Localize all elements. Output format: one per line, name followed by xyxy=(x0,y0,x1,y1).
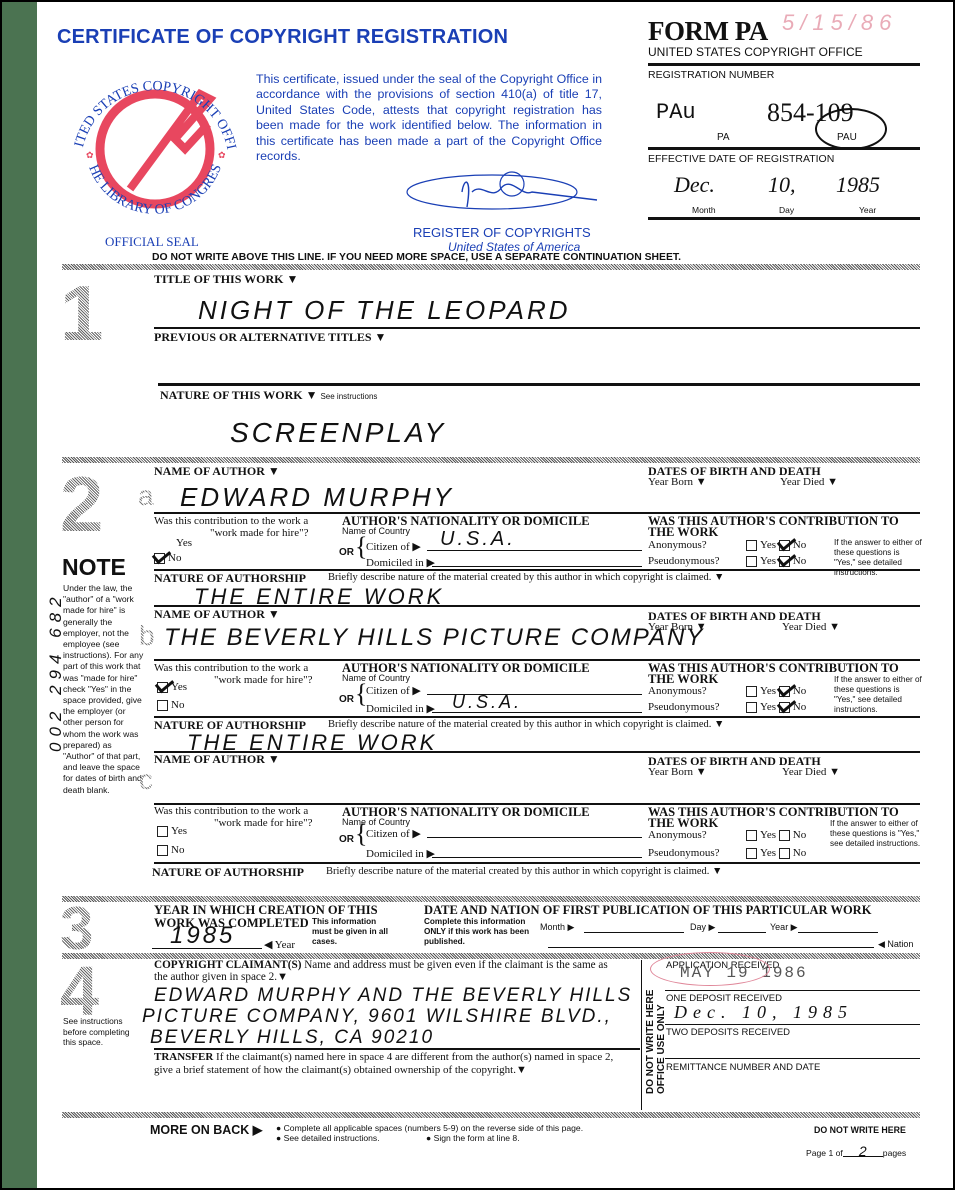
remittance-label: REMITTANCE NUMBER AND DATE xyxy=(666,1062,820,1073)
page-count: Page 1 of2pages xyxy=(806,1146,906,1158)
author-c-nature-of-authorship[interactable] xyxy=(154,880,920,894)
name-of-author-label: NAME OF AUTHOR ▼ xyxy=(154,607,280,622)
nature-of-authorship-label: NATURE OF AUTHORSHIP xyxy=(152,865,304,880)
nature-of-authorship-hint: Briefly describe nature of the material … xyxy=(328,572,724,583)
section-divider xyxy=(62,457,920,463)
contribution-title-2: THE WORK xyxy=(648,525,718,540)
day-label: Day ▶ xyxy=(690,922,715,933)
form-office: UNITED STATES COPYRIGHT OFFICE xyxy=(648,45,863,59)
effective-date-label: EFFECTIVE DATE OF REGISTRATION xyxy=(648,153,834,165)
year-completed-note: This information must be given in all ca… xyxy=(312,917,390,947)
author-b-pseudonymous[interactable]: Yes No xyxy=(746,701,806,713)
author-a-hire-no[interactable]: No xyxy=(154,552,181,564)
section-divider xyxy=(62,896,920,902)
name-of-author-label: NAME OF AUTHOR ▼ xyxy=(154,752,280,767)
year-caption: Year xyxy=(859,205,876,215)
svg-text:✿: ✿ xyxy=(218,150,226,160)
section-number-2: 2 xyxy=(60,465,103,543)
red-circle-mark xyxy=(650,952,770,986)
field-rule xyxy=(154,1048,640,1050)
author-a-hire-yes[interactable]: Yes xyxy=(176,537,192,549)
publication-year-field[interactable] xyxy=(798,932,878,933)
or-label: OR xyxy=(339,694,354,705)
answer-note: If the answer to either of these questio… xyxy=(834,675,922,715)
register-of-copyrights-label: REGISTER OF COPYRIGHTS xyxy=(413,225,591,240)
section-number-3: 3 xyxy=(60,899,93,959)
domiciled-in-label: Domiciled in ▶ xyxy=(366,847,435,860)
work-for-hire-question-2: "work made for hire"? xyxy=(210,527,308,539)
publication-note: Complete this information ONLY if this w… xyxy=(424,917,542,947)
author-b-hire-no[interactable]: No xyxy=(157,699,184,711)
transfer-label: TRANSFER If the claimant(s) named here i… xyxy=(154,1051,624,1077)
anonymous-label: Anonymous? xyxy=(648,685,707,697)
work-for-hire-question-2: "work made for hire"? xyxy=(214,674,312,686)
checkbox-icon[interactable] xyxy=(746,540,757,551)
previous-titles-field[interactable] xyxy=(154,347,920,377)
checkbox-icon[interactable] xyxy=(746,848,757,859)
effective-month: Dec. xyxy=(674,172,715,198)
name-of-country-label: Name of Country xyxy=(342,817,410,827)
year-born-label: Year Born ▼ xyxy=(648,766,707,778)
previous-titles-label: PREVIOUS OR ALTERNATIVE TITLES ▼ xyxy=(154,330,386,345)
author-a-anonymous[interactable]: Yes No xyxy=(746,539,806,551)
section-divider xyxy=(62,264,920,270)
svg-text:✿: ✿ xyxy=(86,150,94,160)
author-letter-a: a xyxy=(138,480,154,512)
pa-label: PA xyxy=(717,132,730,143)
field-line xyxy=(427,837,642,838)
field-rule xyxy=(158,383,920,386)
do-not-write-here-label: DO NOT WRITE HERE xyxy=(814,1125,906,1135)
claimant-label: COPYRIGHT CLAIMANT(S) Name and address m… xyxy=(154,959,609,983)
checkbox-icon[interactable] xyxy=(746,686,757,697)
form-box-rule xyxy=(648,217,920,220)
anonymous-label: Anonymous? xyxy=(648,539,707,551)
citizen-of-label: Citizen of ▶ xyxy=(366,540,421,553)
claimant-line-2[interactable]: PICTURE COMPANY, 9601 WILSHIRE BLVD., xyxy=(142,1006,612,1028)
checkbox-checked-icon[interactable] xyxy=(779,702,790,713)
pseudonymous-label: Pseudonymous? xyxy=(648,555,720,567)
red-date-annotation: 5/15/86 xyxy=(782,10,897,36)
year-died-label: Year Died ▼ xyxy=(782,766,840,778)
section-divider xyxy=(62,1112,920,1118)
year-suffix-label: ◀ Year xyxy=(264,938,295,951)
name-of-country-label: Name of Country xyxy=(342,673,410,683)
author-c-name[interactable] xyxy=(162,768,632,794)
answer-note: If the answer to either of these questio… xyxy=(830,819,922,849)
work-for-hire-question-2: "work made for hire"? xyxy=(214,817,312,829)
domiciled-in-label: Domiciled in ▶ xyxy=(366,702,435,715)
effective-day: 10, xyxy=(768,172,796,198)
checkbox-icon[interactable] xyxy=(746,702,757,713)
footer-bullet-2: ● See detailed instructions. xyxy=(276,1133,380,1143)
checkbox-icon[interactable] xyxy=(157,845,168,856)
author-c-hire-no[interactable]: No xyxy=(157,844,184,856)
month-caption: Month xyxy=(692,205,716,215)
see-instructions-note: See instructions before completing this … xyxy=(63,1016,143,1048)
publication-day-field[interactable] xyxy=(718,932,766,933)
field-line xyxy=(152,948,262,949)
author-letter-c: c xyxy=(139,764,153,796)
effective-year: 1985 xyxy=(836,172,880,198)
field-line xyxy=(432,566,642,567)
day-caption: Day xyxy=(779,205,794,215)
name-of-author-label: NAME OF AUTHOR ▼ xyxy=(154,464,280,479)
publication-nation-field[interactable] xyxy=(548,947,874,948)
more-on-back-label: MORE ON BACK ▶ xyxy=(150,1122,262,1137)
registration-number-label: REGISTRATION NUMBER xyxy=(648,69,774,81)
checkbox-icon[interactable] xyxy=(746,556,757,567)
work-for-hire-question: Was this contribution to the work a xyxy=(154,805,308,817)
answer-note: If the answer to either of these questio… xyxy=(834,538,922,578)
checkbox-icon[interactable] xyxy=(746,830,757,841)
checkbox-icon[interactable] xyxy=(779,830,790,841)
citizen-of-label: Citizen of ▶ xyxy=(366,827,421,840)
note-title: NOTE xyxy=(62,554,126,581)
nature-of-authorship-hint: Briefly describe nature of the material … xyxy=(326,866,722,877)
checkbox-checked-icon[interactable] xyxy=(157,682,168,693)
certificate-title: CERTIFICATE OF COPYRIGHT REGISTRATION xyxy=(57,26,508,49)
office-use-divider xyxy=(641,960,642,1110)
author-b-hire-yes[interactable]: Yes xyxy=(157,681,187,693)
author-c-hire-yes[interactable]: Yes xyxy=(157,825,187,837)
office-field-line xyxy=(665,1058,920,1059)
one-deposit-value: Dec. 10, 1985 xyxy=(674,1002,853,1023)
year-died-label: Year Died ▼ xyxy=(782,621,840,633)
checkbox-checked-icon[interactable] xyxy=(779,556,790,567)
pseudonymous-label: Pseudonymous? xyxy=(648,701,720,713)
title-of-work-label: TITLE OF THIS WORK ▼ xyxy=(154,272,298,287)
field-rule xyxy=(154,327,920,329)
checkbox-icon[interactable] xyxy=(157,826,168,837)
author-b-anonymous[interactable]: Yes No xyxy=(746,685,806,697)
nature-of-work-value[interactable]: SCREENPLAY xyxy=(230,417,446,449)
year2-label: Year ▶ xyxy=(770,922,798,933)
checkbox-icon[interactable] xyxy=(779,848,790,859)
year-died-label: Year Died ▼ xyxy=(780,476,838,488)
official-seal-caption: OFFICIAL SEAL xyxy=(105,234,199,250)
author-c-pseudonymous[interactable]: Yes No xyxy=(746,847,806,859)
domiciled-in-label: Domiciled in ▶ xyxy=(366,556,435,569)
copyright-certificate: CERTIFICATE OF COPYRIGHT REGISTRATION UN… xyxy=(2,2,953,1188)
author-c-anonymous[interactable]: Yes No xyxy=(746,829,806,841)
form-box-rule xyxy=(648,147,920,150)
official-seal-icon: UNITED STATES COPYRIGHT OFFICE THE LIBRA… xyxy=(60,54,250,234)
form-name: FORM PA xyxy=(648,16,768,47)
name-of-country-label: Name of Country xyxy=(342,526,410,536)
nature-of-work-label: NATURE OF THIS WORK ▼ See instructions xyxy=(160,388,377,403)
page-total-value[interactable]: 2 xyxy=(843,1146,883,1157)
year-born-label: Year Born ▼ xyxy=(648,476,707,488)
publication-month-field[interactable] xyxy=(584,932,684,933)
transfer-field[interactable] xyxy=(154,1080,640,1108)
author-b-domiciled-in[interactable]: U.S.A. xyxy=(452,692,522,713)
claimant-line-3[interactable]: BEVERLY HILLS, CA 90210 xyxy=(150,1027,434,1049)
work-for-hire-question: Was this contribution to the work a xyxy=(154,515,308,527)
register-signature xyxy=(402,162,602,222)
nation-label: ◀ Nation xyxy=(878,939,913,950)
title-of-work-value[interactable]: NIGHT OF THE LEOPARD xyxy=(198,295,571,326)
month-label: Month ▶ xyxy=(540,922,574,933)
author-a-citizen-of[interactable]: U.S.A. xyxy=(440,528,516,551)
do-not-write-above-warning: DO NOT WRITE ABOVE THIS LINE. IF YOU NEE… xyxy=(152,252,681,263)
work-for-hire-question: Was this contribution to the work a xyxy=(154,662,308,674)
section-number-1: 1 xyxy=(60,274,103,352)
office-field-line xyxy=(665,990,920,991)
field-line xyxy=(432,857,642,858)
form-box-rule xyxy=(648,63,920,66)
or-label: OR xyxy=(339,834,354,845)
pau-label: PAU xyxy=(837,132,857,143)
author-b-name[interactable]: THE BEVERLY HILLS PICTURE COMPANY xyxy=(164,624,704,652)
author-a-pseudonymous[interactable]: Yes No xyxy=(746,555,806,567)
registration-prefix: PAu xyxy=(656,100,696,125)
left-binding-strip xyxy=(2,2,37,1188)
checkbox-icon[interactable] xyxy=(157,700,168,711)
anonymous-label: Anonymous? xyxy=(648,829,707,841)
author-a-name[interactable]: EDWARD MURPHY xyxy=(180,482,454,513)
citizen-of-label: Citizen of ▶ xyxy=(366,684,421,697)
checkbox-checked-icon[interactable] xyxy=(154,553,165,564)
two-deposits-label: TWO DEPOSITS RECEIVED xyxy=(666,1027,790,1038)
year-born-label: Year Born ▼ xyxy=(648,621,707,633)
author-letter-b: b xyxy=(139,620,155,652)
or-label: OR xyxy=(339,547,354,558)
footer-bullet-1: ● Complete all applicable spaces (number… xyxy=(276,1123,583,1133)
note-text: Under the law, the "author" of a "work m… xyxy=(63,583,145,796)
publication-label: DATE AND NATION OF FIRST PUBLICATION OF … xyxy=(424,903,871,918)
field-rule xyxy=(154,862,920,864)
year-completed-value[interactable]: 1985 xyxy=(170,922,235,950)
nature-of-authorship-hint: Briefly describe nature of the material … xyxy=(328,719,724,730)
pseudonymous-label: Pseudonymous? xyxy=(648,847,720,859)
claimant-line-1[interactable]: EDWARD MURPHY AND THE BEVERLY HILLS xyxy=(154,985,632,1007)
pau-circle-mark xyxy=(815,108,887,150)
office-field-line xyxy=(665,1024,920,1025)
certificate-statement: This certificate, issued under the seal … xyxy=(256,72,602,164)
footer-bullet-3: ● Sign the form at line 8. xyxy=(426,1133,520,1143)
